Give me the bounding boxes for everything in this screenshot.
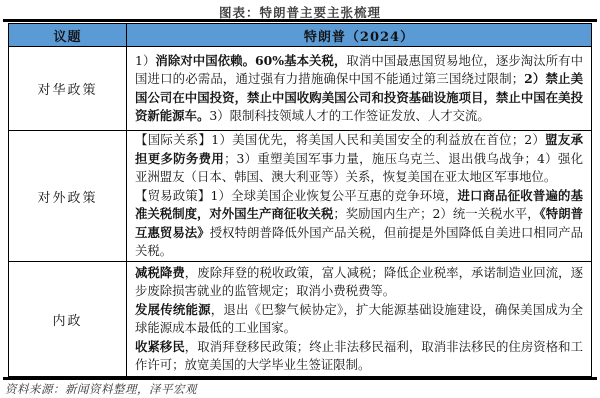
policy-content-cell: 1）消除对中国依赖。60%基本关税，取消中国最惠国贸易地位，逐步淘汰所有中国进口… — [127, 47, 591, 130]
table-row: 对华政策1）消除对中国依赖。60%基本关税，取消中国最惠国贸易地位，逐步淘汰所有… — [9, 46, 591, 130]
report-figure: 图表：特朗普主要主张梳理 议题 特朗普（2024） 对华政策1）消除对中国依赖。… — [0, 0, 600, 398]
header-trump-2024: 特朗普（2024） — [127, 24, 591, 46]
policy-content-cell: 减税降费，废除拜登的税收政策，富人减税；降低企业税率，承诺制造业回流，逐步废除损… — [127, 262, 591, 376]
table-body: 对华政策1）消除对中国依赖。60%基本关税，取消中国最惠国贸易地位，逐步淘汰所有… — [9, 46, 591, 376]
positions-table: 议题 特朗普（2024） 对华政策1）消除对中国依赖。60%基本关税，取消中国最… — [8, 23, 592, 377]
policy-paragraph: 收紧移民，取消拜登移民政策；终止非法移民福利，取消非法移民的住房资格和工作许可；… — [135, 338, 583, 375]
source-note: 资料来源：新闻资料整理，泽平宏观 — [5, 381, 197, 397]
header-topic: 议题 — [9, 24, 127, 46]
topic-cell: 对华政策 — [9, 47, 127, 130]
policy-paragraph: 减税降费，废除拜登的税收政策，富人减税；降低企业税率，承诺制造业回流，逐步废除损… — [135, 264, 583, 301]
top-rule — [3, 19, 597, 22]
table-row: 对外政策【国际关系】1）美国优先，将美国人民和美国安全的利益放在首位；2）盟友承… — [9, 130, 591, 261]
policy-paragraph: 发展传统能源，退出《巴黎气候协定》，扩大能源基础设施建设，确保美国成为全球能源成… — [135, 301, 583, 338]
policy-paragraph: 1）消除对中国依赖。60%基本关税，取消中国最惠国贸易地位，逐步淘汰所有中国进口… — [135, 52, 583, 126]
policy-content-cell: 【国际关系】1）美国优先，将美国人民和美国安全的利益放在首位；2）盟友承担更多防… — [127, 131, 591, 261]
policy-paragraph: 【国际关系】1）美国优先，将美国人民和美国安全的利益放在首位；2）盟友承担更多防… — [135, 131, 583, 187]
bottom-rule — [3, 377, 597, 380]
table-header-row: 议题 特朗普（2024） — [9, 24, 591, 46]
topic-cell: 对外政策 — [9, 131, 127, 261]
policy-paragraph: 【贸易政策】1）全球美国企业恢复公平互惠的竞争环境，进口商品征收普遍的基准关税制… — [135, 187, 583, 261]
table-row: 内政减税降费，废除拜登的税收政策，富人减税；降低企业税率，承诺制造业回流，逐步废… — [9, 261, 591, 376]
topic-cell: 内政 — [9, 262, 127, 376]
